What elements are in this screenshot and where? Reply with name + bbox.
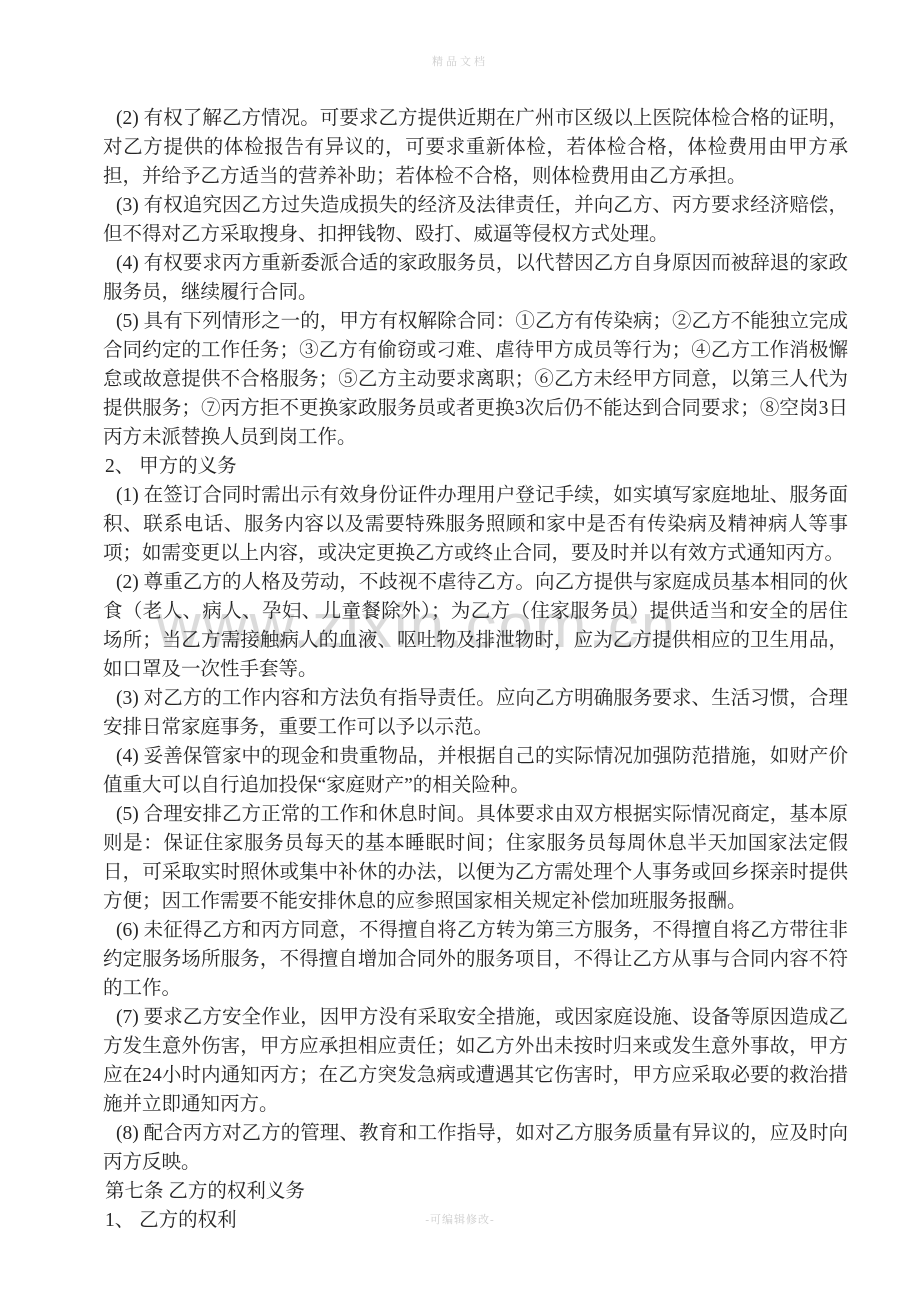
contract-paragraph: (2) 尊重乙方的人格及劳动，不歧视不虐待乙方。向乙方提供与家庭成员基本相同的伙… (103, 568, 848, 684)
contract-paragraph: (4) 妥善保管家中的现金和贵重物品，并根据自己的实际情况加强防范措施，如财产价… (103, 742, 848, 800)
page-footer-note: -可编辑修改- (0, 1211, 920, 1227)
contract-paragraph: (6) 未征得乙方和丙方同意，不得擅自将乙方转为第三方服务，不得擅自将乙方带往非… (103, 916, 848, 1003)
section-heading: 2、 甲方的义务 (103, 452, 848, 481)
contract-paragraph: (4) 有权要求丙方重新委派合适的家政服务员，以代替因乙方自身原因而被辞退的家政… (103, 249, 848, 307)
contract-paragraph: (3) 对乙方的工作内容和方法负有指导责任。应向乙方明确服务要求、生活习惯，合理… (103, 684, 848, 742)
contract-paragraph: (3) 有权追究因乙方过失造成损失的经济及法律责任，并向乙方、丙方要求经济赔偿，… (103, 191, 848, 249)
contract-paragraph: (5) 具有下列情形之一的，甲方有权解除合同：①乙方有传染病；②乙方不能独立完成… (103, 307, 848, 452)
page-header-note: 精品文档 (0, 53, 920, 69)
document-content: (2) 有权了解乙方情况。可要求乙方提供近期在广州市区级以上医院体检合格的证明，… (103, 104, 848, 1235)
contract-paragraph: (7) 要求乙方安全作业，因甲方没有采取安全措施，或因家庭设施、设备等原因造成乙… (103, 1003, 848, 1119)
contract-paragraph: (2) 有权了解乙方情况。可要求乙方提供近期在广州市区级以上医院体检合格的证明，… (103, 104, 848, 191)
section-heading: 第七条 乙方的权利义务 (103, 1177, 848, 1206)
contract-paragraph: (8) 配合丙方对乙方的管理、教育和工作指导，如对乙方服务质量有异议的，应及时向… (103, 1119, 848, 1177)
document-page: 精品文档 www.zixin.com.cn (2) 有权了解乙方情况。可要求乙方… (0, 0, 920, 1302)
contract-paragraph: (5) 合理安排乙方正常的工作和休息时间。具体要求由双方根据实际情况商定，基本原… (103, 800, 848, 916)
contract-paragraph: (1) 在签订合同时需出示有效身份证件办理用户登记手续，如实填写家庭地址、服务面… (103, 481, 848, 568)
